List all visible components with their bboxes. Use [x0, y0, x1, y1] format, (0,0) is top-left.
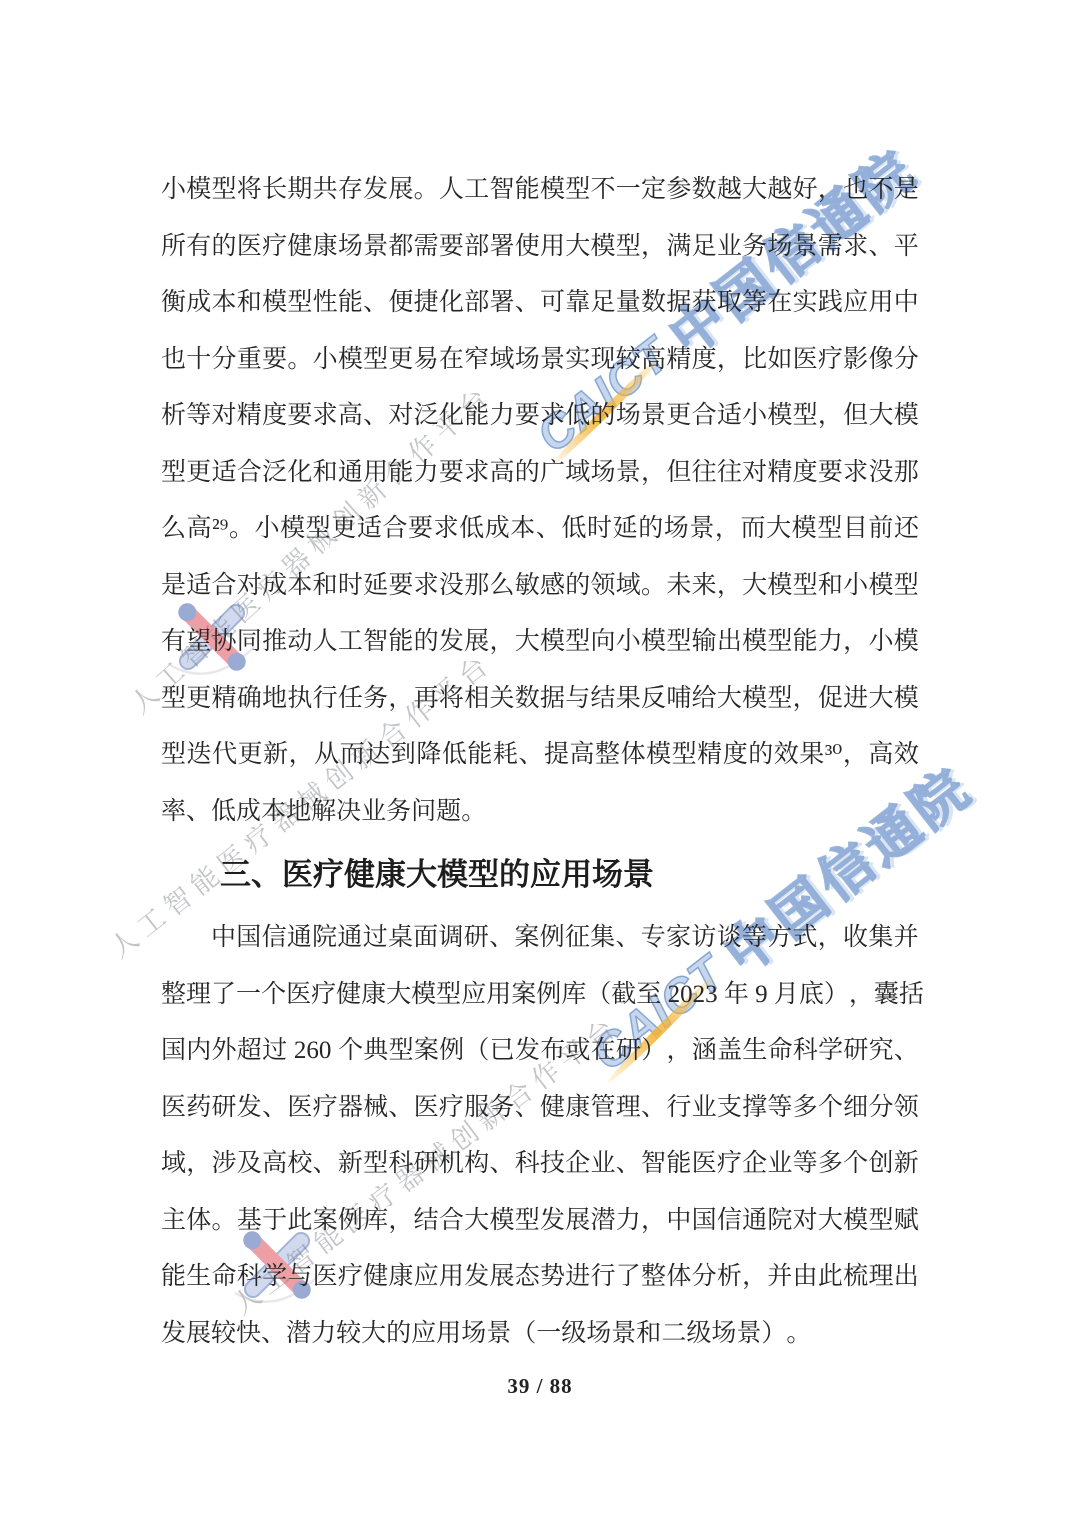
text-line: 也十分重要。小模型更易在窄域场景实现较高精度，比如医疗影像分: [161, 332, 919, 389]
text-line: 国内外超过 260 个典型案例（已发布或在研），涵盖生命科学研究、: [161, 1023, 919, 1080]
document-page: 人工智能医疗器械创新合作平台 人工智能医疗器械创新合作平台 人工智能医疗器械创新…: [0, 0, 1080, 1528]
text-line: 析等对精度要求高、对泛化能力要求低的场景更合适小模型，但大模: [161, 388, 919, 445]
text-line: 是适合对成本和时延要求没那么敏感的领域。未来，大模型和小模型: [161, 558, 919, 615]
page-number-indicator: 39 / 88: [0, 1374, 1080, 1399]
text-line: 域，涉及高校、新型科研机构、科技企业、智能医疗企业等多个创新: [161, 1136, 919, 1193]
text-line: 有望协同推动人工智能的发展，大模型向小模型输出模型能力，小模: [161, 614, 919, 671]
text-line: 所有的医疗健康场景都需要部署使用大模型，满足业务场景需求、平: [161, 219, 919, 276]
paragraph-2: 中国信通院通过桌面调研、案例征集、专家访谈等方式，收集并整理了一个医疗健康大模型…: [161, 910, 919, 1362]
text-line: 主体。基于此案例库，结合大模型发展潜力，中国信通院对大模型赋: [161, 1193, 919, 1250]
page-content: 小模型将长期共存发展。人工智能模型不一定参数越大越好，也不是所有的医疗健康场景都…: [161, 162, 919, 1362]
text-line: 整理了一个医疗健康大模型应用案例库（截至 2023 年 9 月底），囊括: [161, 967, 919, 1024]
paragraph-1: 小模型将长期共存发展。人工智能模型不一定参数越大越好，也不是所有的医疗健康场景都…: [161, 162, 919, 840]
text-line: 衡成本和模型性能、便捷化部署、可靠足量数据获取等在实践应用中: [161, 275, 919, 332]
text-line: 型更精确地执行任务，再将相关数据与结果反哺给大模型，促进大模: [161, 671, 919, 728]
text-line: 率、低成本地解决业务问题。: [161, 784, 919, 841]
text-line: 能生命科学与医疗健康应用发展态势进行了整体分析，并由此梳理出: [161, 1249, 919, 1306]
text-line: 型迭代更新，从而达到降低能耗、提高整体模型精度的效果³⁰，高效: [161, 727, 919, 784]
text-line: 么高²⁹。小模型更适合要求低成本、低时延的场景，而大模型目前还: [161, 501, 919, 558]
text-line: 型更适合泛化和通用能力要求高的广域场景，但往往对精度要求没那: [161, 445, 919, 502]
section-heading: 三、医疗健康大模型的应用场景: [161, 840, 919, 910]
text-line: 医药研发、医疗器械、医疗服务、健康管理、行业支撑等多个细分领: [161, 1080, 919, 1137]
text-line: 中国信通院通过桌面调研、案例征集、专家访谈等方式，收集并: [161, 910, 919, 967]
text-line: 小模型将长期共存发展。人工智能模型不一定参数越大越好，也不是: [161, 162, 919, 219]
text-line: 发展较快、潜力较大的应用场景（一级场景和二级场景）。: [161, 1306, 919, 1363]
